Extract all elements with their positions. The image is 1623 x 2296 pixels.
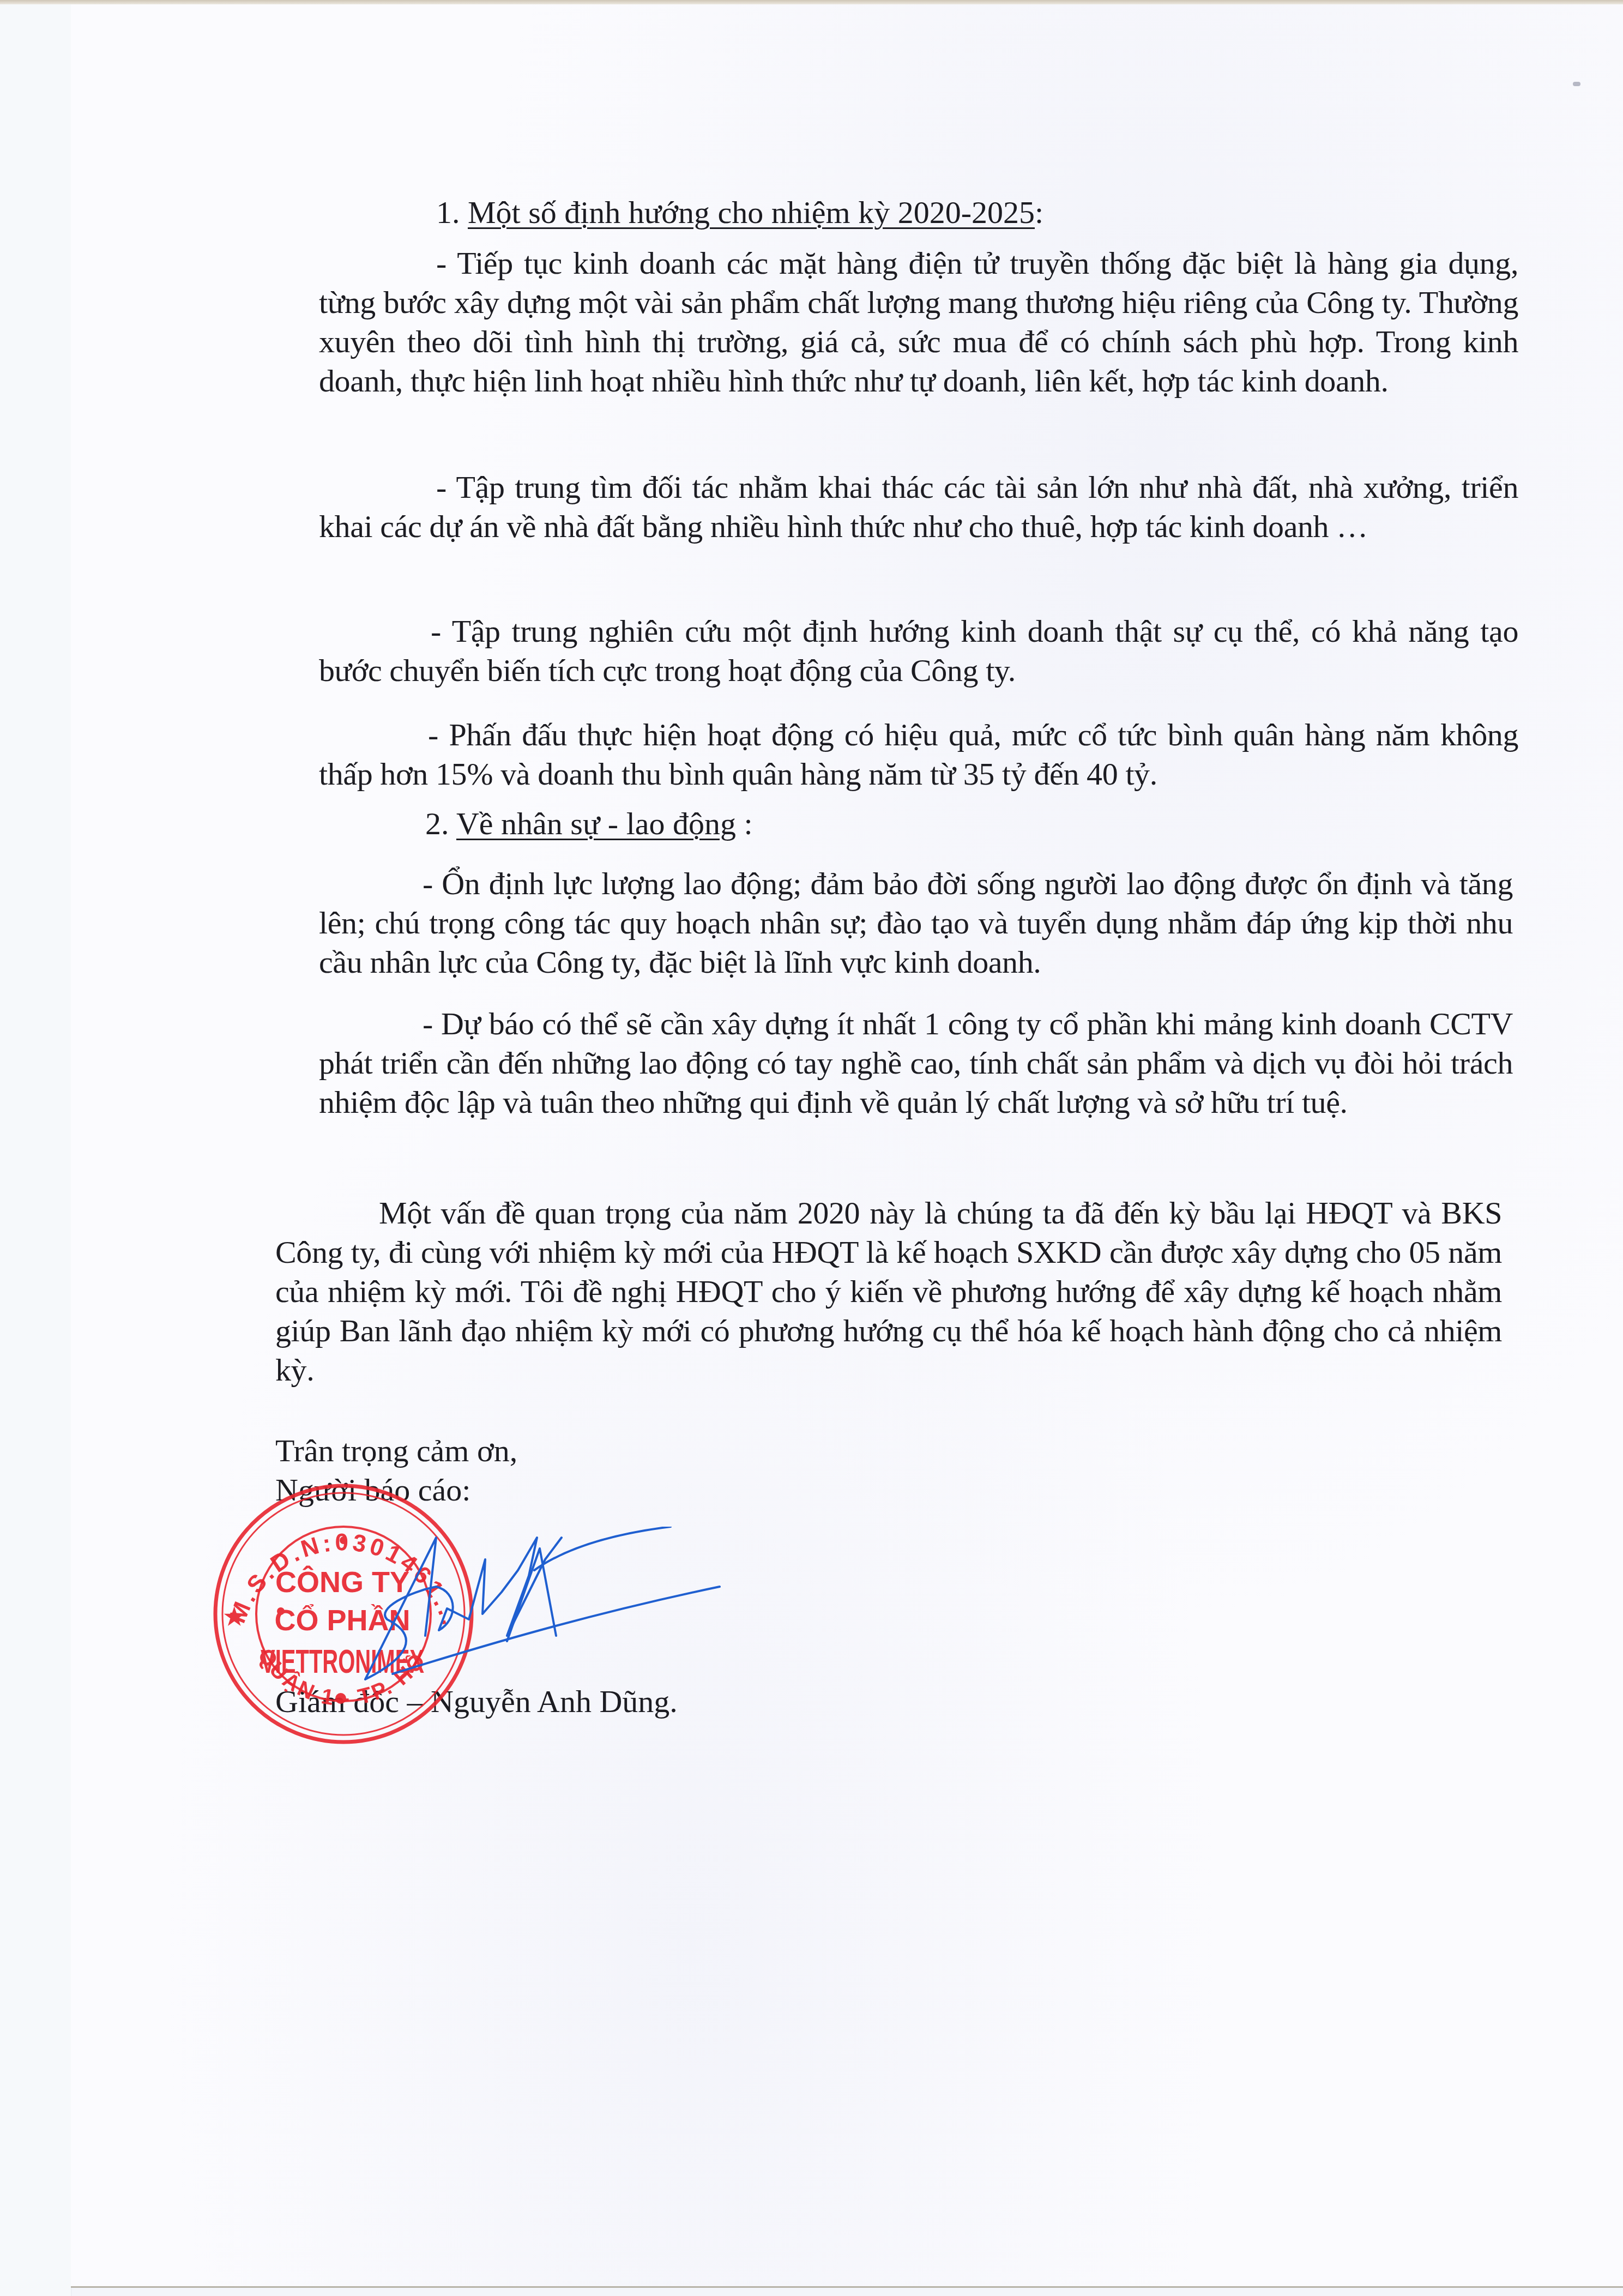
section-1-paragraph: - Phấn đấu thực hiện hoạt động có hiệu q… [319, 715, 1518, 794]
thanks-line: Trân trọng cảm ơn, [275, 1431, 517, 1471]
paper-top-edge [0, 0, 1623, 4]
section-1-paragraph: - Tiếp tục kinh doanh các mặt hàng điện … [319, 244, 1518, 401]
scanner-bed-margin [0, 0, 72, 2296]
section-2-title: Về nhân sự - lao động [456, 806, 736, 841]
section-2-paragraph: - Ổn định lực lượng lao động; đảm bảo đờ… [319, 864, 1513, 982]
closing-paragraph: Một vấn đề quan trọng của năm 2020 này l… [275, 1194, 1502, 1390]
section-1-colon: : [1035, 195, 1043, 230]
section-1-heading: 1. Một số định hướng cho nhiệm kỳ 2020-2… [436, 193, 1043, 232]
section-1-paragraph: - Tập trung tìm đối tác nhằm khai thác c… [319, 468, 1518, 546]
section-1-title: Một số định hướng cho nhiệm kỳ 2020-2025 [468, 195, 1035, 230]
section-2-number: 2. [425, 806, 449, 841]
section-2-paragraph: - Dự báo có thể sẽ cần xây dựng ít nhất … [319, 1004, 1513, 1122]
section-2-heading: 2. Về nhân sự - lao động : [425, 804, 753, 843]
section-1-number: 1. [436, 195, 460, 230]
section-1-paragraph: - Tập trung nghiên cứu một định hướng ki… [319, 612, 1518, 690]
scan-speck [1573, 82, 1580, 86]
section-2-colon: : [736, 806, 753, 841]
handwritten-signature-icon [343, 1527, 736, 1690]
stamp-star-icon: ★ [224, 1604, 245, 1630]
